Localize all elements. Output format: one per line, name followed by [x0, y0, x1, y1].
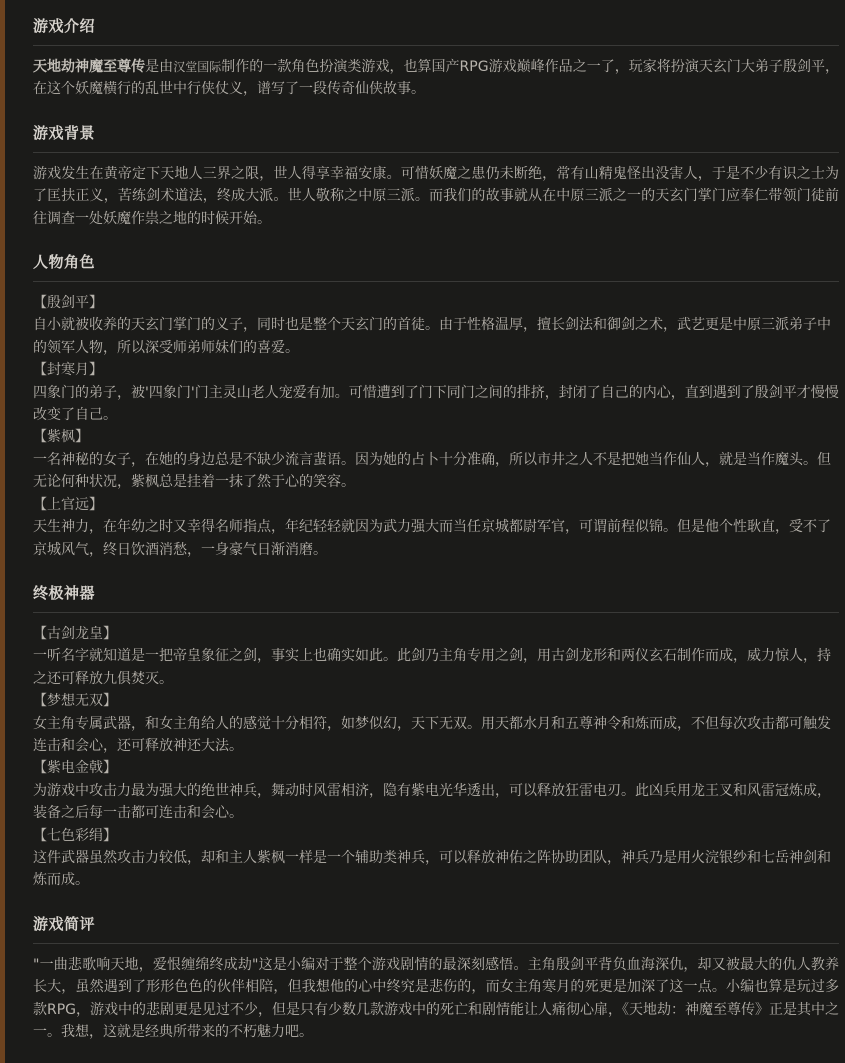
section-artifacts: 终极神器 【古剑龙皇】 一听名字就知道是一把帝皇象征之剑，事实上也确实如此。此剑…: [33, 581, 839, 892]
section-heading-intro: 游戏介绍: [33, 14, 839, 38]
developer-name: 汉堂国际: [173, 60, 221, 74]
game-title-bold: 天地劫神魔至尊传: [33, 59, 145, 75]
entry-desc: 一名神秘的女子，在她的身边总是不缺少流言蜚语。因为她的占卜十分准确，所以市井之人…: [33, 449, 839, 494]
section-heading-characters: 人物角色: [33, 250, 839, 274]
artifact-entry: 【古剑龙皇】 一听名字就知道是一把帝皇象征之剑，事实上也确实如此。此剑乃主角专用…: [33, 623, 839, 690]
heading-divider: [33, 152, 839, 153]
section-heading-review: 游戏简评: [33, 912, 839, 936]
entry-desc: 女主角专属武器，和女主角给人的感觉十分相符，如梦似幻，天下无双。用天都水月和五尊…: [33, 713, 839, 758]
character-entry: 【殷剑平】 自小就被收养的天玄门掌门的义子，同时也是整个天玄门的首徒。由于性格温…: [33, 292, 839, 359]
review-paragraph: "一曲悲歌响天地，爱恨缠绵终成劫"这是小编对于整个游戏剧情的最深刻感悟。主角殷剑…: [33, 954, 839, 1044]
character-entry: 【紫枫】 一名神秘的女子，在她的身边总是不缺少流言蜚语。因为她的占卜十分准确，所…: [33, 426, 839, 493]
character-entry: 【封寒月】 四象门的弟子，被'四象门'门主灵山老人宠爱有加。可惜遭到了门下同门之…: [33, 359, 839, 426]
section-background: 游戏背景 游戏发生在黄帝定下天地人三界之限，世人得享幸福安康。可惜妖魔之患仍未断…: [33, 121, 839, 230]
left-accent-strip: [0, 0, 5, 1063]
entry-name: 【殷剑平】: [33, 292, 839, 314]
section-characters: 人物角色 【殷剑平】 自小就被收养的天玄门掌门的义子，同时也是整个天玄门的首徒。…: [33, 250, 839, 561]
entry-name: 【梦想无双】: [33, 690, 839, 712]
entry-desc: 为游戏中攻击力最为强大的绝世神兵，舞动时风雷相济，隐有紫电光华透出，可以释放狂雷…: [33, 780, 839, 825]
section-intro: 游戏介绍 天地劫神魔至尊传是由汉堂国际制作的一款角色扮演类游戏，也算国产RPG游…: [33, 14, 839, 101]
heading-divider: [33, 281, 839, 282]
entry-desc: 四象门的弟子，被'四象门'门主灵山老人宠爱有加。可惜遭到了门下同门之间的排挤，封…: [33, 382, 839, 427]
intro-mid-text: 是由: [145, 59, 173, 75]
entry-desc: 一听名字就知道是一把帝皇象征之剑，事实上也确实如此。此剑乃主角专用之剑，用古剑龙…: [33, 645, 839, 690]
entry-name: 【封寒月】: [33, 359, 839, 381]
artifact-entries: 【古剑龙皇】 一听名字就知道是一把帝皇象征之剑，事实上也确实如此。此剑乃主角专用…: [33, 623, 839, 892]
character-entries: 【殷剑平】 自小就被收养的天玄门掌门的义子，同时也是整个天玄门的首徒。由于性格温…: [33, 292, 839, 561]
character-entry: 【上官远】 天生神力，在年幼之时又幸得名师指点，年纪轻轻就因为武力强大而当任京城…: [33, 494, 839, 561]
entry-name: 【古剑龙皇】: [33, 623, 839, 645]
entry-name: 【紫枫】: [33, 426, 839, 448]
section-heading-background: 游戏背景: [33, 121, 839, 145]
artifact-entry: 【七色彩绢】 这件武器虽然攻击力较低，却和主人紫枫一样是一个辅助类神兵，可以释放…: [33, 825, 839, 892]
heading-divider: [33, 612, 839, 613]
entry-name: 【上官远】: [33, 494, 839, 516]
entry-desc: 自小就被收养的天玄门掌门的义子，同时也是整个天玄门的首徒。由于性格温厚，擅长剑法…: [33, 314, 839, 359]
article-page: 游戏介绍 天地劫神魔至尊传是由汉堂国际制作的一款角色扮演类游戏，也算国产RPG游…: [0, 0, 845, 1063]
entry-name: 【紫电金戟】: [33, 757, 839, 779]
heading-divider: [33, 45, 839, 46]
entry-name: 【七色彩绢】: [33, 825, 839, 847]
intro-paragraph: 天地劫神魔至尊传是由汉堂国际制作的一款角色扮演类游戏，也算国产RPG游戏巅峰作品…: [33, 56, 839, 101]
background-paragraph: 游戏发生在黄帝定下天地人三界之限，世人得享幸福安康。可惜妖魔之患仍未断绝，常有山…: [33, 163, 839, 230]
section-heading-artifacts: 终极神器: [33, 581, 839, 605]
artifact-entry: 【梦想无双】 女主角专属武器，和女主角给人的感觉十分相符，如梦似幻，天下无双。用…: [33, 690, 839, 757]
artifact-entry: 【紫电金戟】 为游戏中攻击力最为强大的绝世神兵，舞动时风雷相济，隐有紫电光华透出…: [33, 757, 839, 824]
entry-desc: 这件武器虽然攻击力较低，却和主人紫枫一样是一个辅助类神兵，可以释放神佑之阵协助团…: [33, 847, 839, 892]
heading-divider: [33, 943, 839, 944]
entry-desc: 天生神力，在年幼之时又幸得名师指点，年纪轻轻就因为武力强大而当任京城都尉军官，可…: [33, 516, 839, 561]
